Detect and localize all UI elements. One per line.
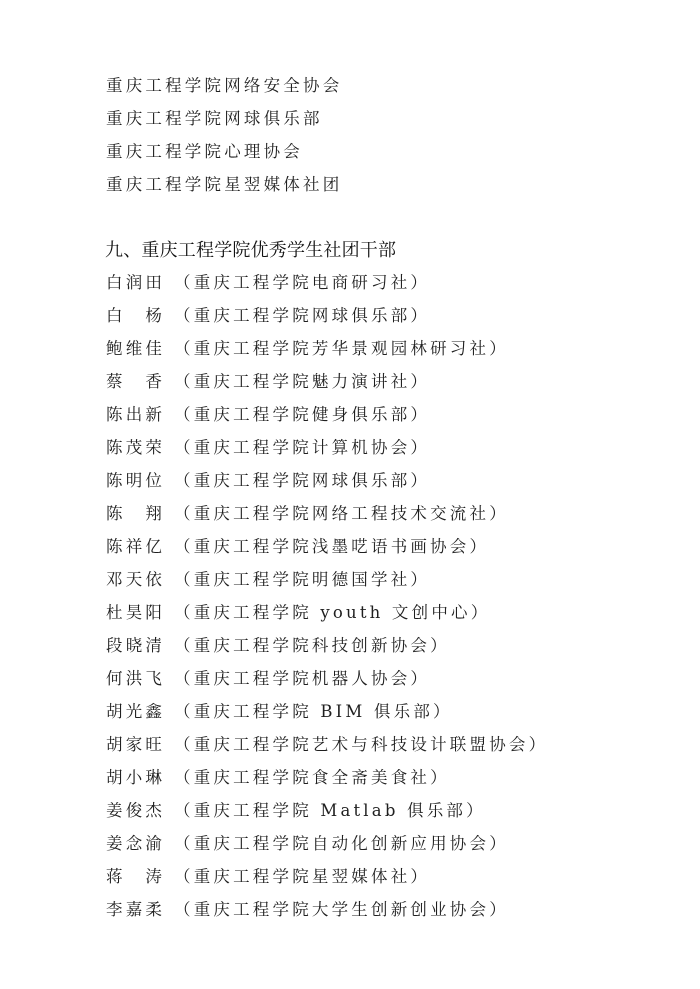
list-item-person: 姜俊杰（重庆工程学院 Matlab 俱乐部）	[106, 800, 486, 822]
person-org: （重庆工程学院网络工程技术交流社）	[174, 504, 509, 523]
person-name: 姜俊杰	[106, 800, 174, 822]
list-item-org: 重庆工程学院星翌媒体社团	[106, 174, 342, 196]
person-org: （重庆工程学院机器人协会）	[174, 669, 430, 688]
person-name: 胡光鑫	[106, 701, 174, 723]
person-name: 陈祥亿	[106, 536, 174, 558]
person-org: （重庆工程学院明德国学社）	[174, 570, 430, 589]
person-name: 陈出新	[106, 404, 174, 426]
person-name: 李嘉柔	[106, 899, 174, 921]
person-org: （重庆工程学院科技创新协会）	[174, 636, 450, 655]
list-item-person: 白润田（重庆工程学院电商研习社）	[106, 272, 430, 294]
person-org: （重庆工程学院电商研习社）	[174, 273, 430, 292]
person-org: （重庆工程学院 youth 文创中心）	[174, 603, 490, 622]
person-org: （重庆工程学院芳华景观园林研习社）	[174, 339, 509, 358]
person-name: 蒋 涛	[106, 866, 174, 888]
document-page: 重庆工程学院网络安全协会 重庆工程学院网球俱乐部 重庆工程学院心理协会 重庆工程…	[0, 0, 700, 989]
person-name: 胡小琳	[106, 767, 174, 789]
list-item-person: 邓天依（重庆工程学院明德国学社）	[106, 569, 430, 591]
person-name: 蔡 香	[106, 371, 174, 393]
person-org: （重庆工程学院自动化创新应用协会）	[174, 834, 509, 853]
list-item-person: 李嘉柔（重庆工程学院大学生创新创业协会）	[106, 899, 509, 921]
list-item-person: 杜昊阳（重庆工程学院 youth 文创中心）	[106, 602, 490, 624]
list-item-person: 胡小琳（重庆工程学院食全斋美食社）	[106, 767, 450, 789]
section-heading: 九、重庆工程学院优秀学生社团干部	[105, 239, 396, 263]
list-item-person: 何洪飞（重庆工程学院机器人协会）	[106, 668, 430, 690]
list-item-person: 鲍维佳（重庆工程学院芳华景观园林研习社）	[106, 338, 509, 360]
person-name: 陈茂荣	[106, 437, 174, 459]
list-item-person: 陈出新（重庆工程学院健身俱乐部）	[106, 404, 430, 426]
person-name: 何洪飞	[106, 668, 174, 690]
list-item-org: 重庆工程学院网络安全协会	[106, 75, 342, 97]
list-item-person: 胡家旺（重庆工程学院艺术与科技设计联盟协会）	[106, 734, 548, 756]
list-item-org: 重庆工程学院心理协会	[106, 141, 303, 163]
list-item-person: 陈明位（重庆工程学院网球俱乐部）	[106, 470, 430, 492]
list-item-person: 蔡 香（重庆工程学院魅力演讲社）	[106, 371, 430, 393]
person-name: 杜昊阳	[106, 602, 174, 624]
person-org: （重庆工程学院食全斋美食社）	[174, 768, 450, 787]
list-item-person: 姜念渝（重庆工程学院自动化创新应用协会）	[106, 833, 509, 855]
person-name: 陈明位	[106, 470, 174, 492]
list-item-org: 重庆工程学院网球俱乐部	[106, 108, 323, 130]
list-item-person: 蒋 涛（重庆工程学院星翌媒体社）	[106, 866, 430, 888]
person-name: 姜念渝	[106, 833, 174, 855]
person-org: （重庆工程学院健身俱乐部）	[174, 405, 430, 424]
person-org: （重庆工程学院星翌媒体社）	[174, 867, 430, 886]
list-item-person: 胡光鑫（重庆工程学院 BIM 俱乐部）	[106, 701, 453, 723]
person-org: （重庆工程学院 Matlab 俱乐部）	[174, 801, 486, 820]
person-org: （重庆工程学院大学生创新创业协会）	[174, 900, 509, 919]
person-name: 鲍维佳	[106, 338, 174, 360]
list-item-person: 段晓清（重庆工程学院科技创新协会）	[106, 635, 450, 657]
person-org: （重庆工程学院网球俱乐部）	[174, 306, 430, 325]
person-org: （重庆工程学院艺术与科技设计联盟协会）	[174, 735, 548, 754]
person-org: （重庆工程学院计算机协会）	[174, 438, 430, 457]
person-name: 白 杨	[106, 305, 174, 327]
person-org: （重庆工程学院浅墨呓语书画协会）	[174, 537, 489, 556]
list-item-person: 陈茂荣（重庆工程学院计算机协会）	[106, 437, 430, 459]
list-item-person: 陈 翔（重庆工程学院网络工程技术交流社）	[106, 503, 509, 525]
person-name: 邓天依	[106, 569, 174, 591]
person-name: 陈 翔	[106, 503, 174, 525]
list-item-person: 白 杨（重庆工程学院网球俱乐部）	[106, 305, 430, 327]
person-name: 胡家旺	[106, 734, 174, 756]
person-org: （重庆工程学院网球俱乐部）	[174, 471, 430, 490]
person-name: 白润田	[106, 272, 174, 294]
person-org: （重庆工程学院 BIM 俱乐部）	[174, 702, 453, 721]
list-item-person: 陈祥亿（重庆工程学院浅墨呓语书画协会）	[106, 536, 489, 558]
person-org: （重庆工程学院魅力演讲社）	[174, 372, 430, 391]
person-name: 段晓清	[106, 635, 174, 657]
